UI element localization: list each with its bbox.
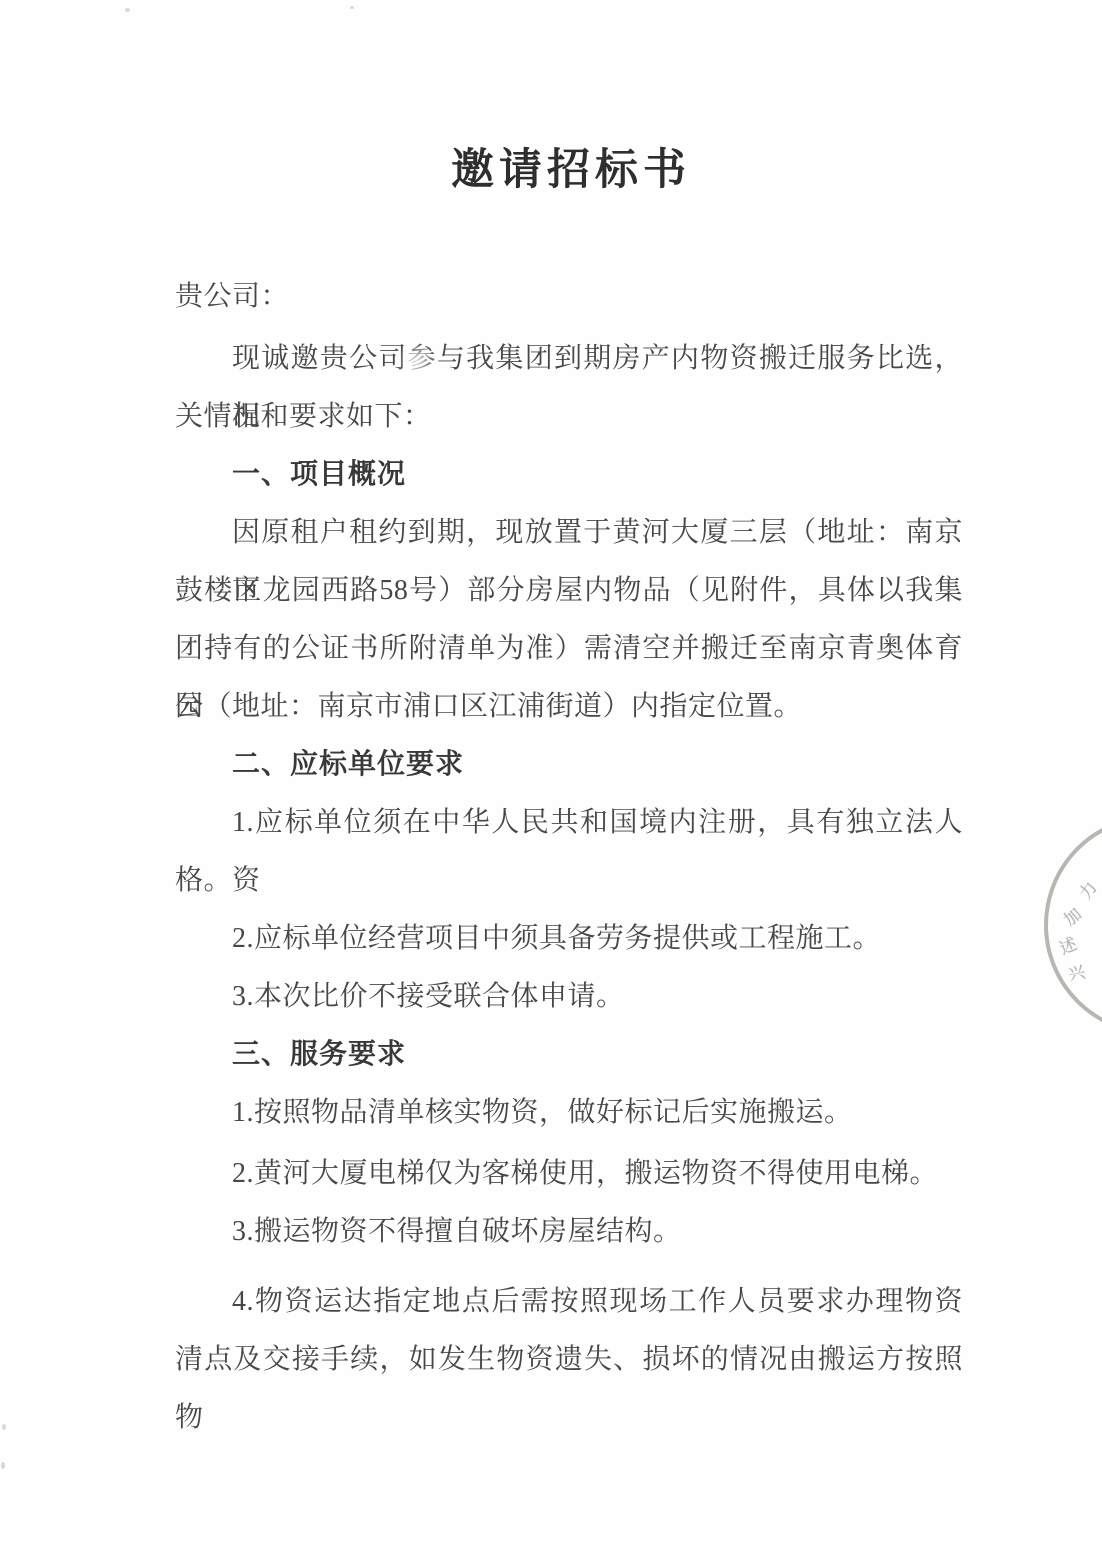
section2-item1-line2: 格。: [175, 852, 963, 910]
seal-glyph-illegible: 兴: [1066, 958, 1087, 986]
section3-item4-line2: 清点及交接手续，如发生物资遗失、损坏的情况由搬运方按照物: [175, 1331, 963, 1389]
section3-item2: 2.黄河大厦电梯仅为客梯使用，搬运物资不得使用电梯。: [175, 1145, 963, 1203]
scan-speck: [2, 1424, 6, 1430]
section3-item3: 3.搬运物资不得擅自破坏房屋结构。: [175, 1203, 963, 1261]
section1-line-1: 因原租户租约到期，现放置于黄河大厦三层（地址：南京市: [175, 504, 963, 562]
partial-round-seal: 力 加 述 兴: [1044, 815, 1102, 1035]
scan-speck: [350, 6, 354, 9]
section2-item1-line1: 1.应标单位须在中华人民共和国境内注册，具有独立法人资: [175, 794, 963, 852]
document-body: 贵公司： 现诚邀贵公司参与我集团到期房产内物资搬迁服务比选，相 关情况和要求如下…: [175, 268, 963, 1389]
intro-line-1: 现诚邀贵公司参与我集团到期房产内物资搬迁服务比选，相: [175, 330, 963, 388]
seal-glyph-illegible: 力: [1071, 875, 1101, 903]
intro-line-2: 关情况和要求如下：: [175, 388, 963, 446]
salutation: 贵公司：: [175, 268, 963, 326]
section1-line-2: 鼓楼区龙园西路58号）部分房屋内物品（见附件，具体以我集: [175, 562, 963, 620]
seal-glyph-illegible: 加: [1057, 900, 1086, 930]
seal-glyph-illegible: 述: [1055, 930, 1081, 960]
section1-line-4: 园（地址：南京市浦口区江浦街道）内指定位置。: [175, 678, 963, 736]
scanned-document-page: 邀请招标书 贵公司： 现诚邀贵公司参与我集团到期房产内物资搬迁服务比选，相 关情…: [0, 0, 1102, 1558]
section-heading-2: 二、应标单位要求: [175, 736, 963, 794]
scan-speck: [1, 1462, 5, 1469]
section1-line-3: 团持有的公证书所附清单为准）需清空并搬迁至南京青奥体育公: [175, 620, 963, 678]
section3-item4-line1: 4.物资运达指定地点后需按照现场工作人员要求办理物资: [175, 1273, 963, 1331]
scan-speck: [125, 8, 130, 12]
section3-item1: 1.按照物品清单核实物资，做好标记后实施搬运。: [175, 1084, 963, 1142]
section2-item2: 2.应标单位经营项目中须具备劳务提供或工程施工。: [175, 910, 963, 968]
document-title: 邀请招标书: [40, 136, 1102, 197]
section2-item3: 3.本次比价不接受联合体申请。: [175, 968, 963, 1026]
section-heading-1: 一、项目概况: [175, 446, 963, 504]
section-heading-3: 三、服务要求: [175, 1026, 963, 1084]
